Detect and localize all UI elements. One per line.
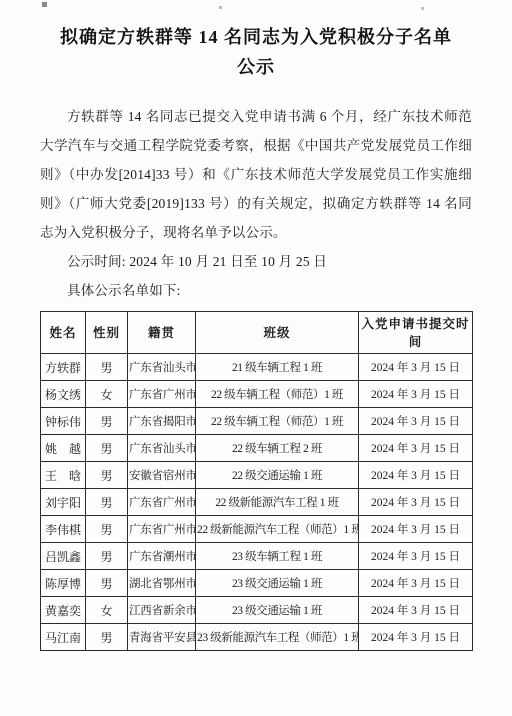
table-cell: 21 级车辆工程 1 班 xyxy=(196,354,359,381)
table-row: 黄嘉奕女江西省新余市23 级交通运输 1 班2024 年 3 月 15 日 xyxy=(41,597,473,624)
table-row: 钟标伟男广东省揭阳市22 级车辆工程（师范）1 班2024 年 3 月 15 日 xyxy=(41,408,473,435)
table-cell: 22 级新能源汽车工程 1 班 xyxy=(196,489,359,516)
table-row: 陈厚博男湖北省鄂州市23 级交通运输 1 班2024 年 3 月 15 日 xyxy=(41,570,473,597)
table-cell: 广东省汕头市 xyxy=(128,435,196,462)
table-cell: 江西省新余市 xyxy=(128,597,196,624)
table-cell: 2024 年 3 月 15 日 xyxy=(359,381,473,408)
table-cell: 男 xyxy=(86,516,128,543)
roster-table-body: 方轶群男广东省汕头市21 级车辆工程 1 班2024 年 3 月 15 日杨文绣… xyxy=(41,354,473,651)
table-cell: 方轶群 xyxy=(41,354,86,381)
table-cell: 2024 年 3 月 15 日 xyxy=(359,462,473,489)
table-cell: 黄嘉奕 xyxy=(41,597,86,624)
table-cell: 湖北省鄂州市 xyxy=(128,570,196,597)
table-cell: 女 xyxy=(86,597,128,624)
table-cell: 女 xyxy=(86,381,128,408)
table-cell: 男 xyxy=(86,435,128,462)
table-cell: 男 xyxy=(86,408,128,435)
table-cell: 2024 年 3 月 15 日 xyxy=(359,354,473,381)
table-cell: 广东省汕头市 xyxy=(128,354,196,381)
table-row: 姚 越男广东省汕头市22 级车辆工程 2 班2024 年 3 月 15 日 xyxy=(41,435,473,462)
table-cell: 男 xyxy=(86,354,128,381)
table-cell: 23 级交通运输 1 班 xyxy=(196,597,359,624)
table-cell: 23 级交通运输 1 班 xyxy=(196,570,359,597)
table-cell: 23 级车辆工程 1 班 xyxy=(196,543,359,570)
list-intro-line: 具体公示名单如下: xyxy=(40,276,472,305)
body-paragraph: 方轶群等 14 名同志已提交入党申请书满 6 个月，经广东技术师范大学汽车与交通… xyxy=(40,102,472,247)
table-cell: 李伟棋 xyxy=(41,516,86,543)
table-cell: 23 级新能源汽车工程（师范）1 班 xyxy=(196,624,359,651)
table-cell: 2024 年 3 月 15 日 xyxy=(359,489,473,516)
roster-table: 姓名性别籍贯班级入党申请书提交时间 方轶群男广东省汕头市21 级车辆工程 1 班… xyxy=(40,311,473,651)
table-cell: 2024 年 3 月 15 日 xyxy=(359,435,473,462)
header-row: 姓名性别籍贯班级入党申请书提交时间 xyxy=(41,312,473,354)
table-cell: 22 级车辆工程（师范）1 班 xyxy=(196,381,359,408)
table-cell: 男 xyxy=(86,462,128,489)
document-page: 拟确定方轶群等 14 名同志为入党积极分子名单 公示 方轶群等 14 名同志已提… xyxy=(0,0,512,716)
table-cell: 王 晗 xyxy=(41,462,86,489)
table-cell: 马江南 xyxy=(41,624,86,651)
table-cell: 2024 年 3 月 15 日 xyxy=(359,597,473,624)
table-cell: 男 xyxy=(86,570,128,597)
page-title-line1: 拟确定方轶群等 14 名同志为入党积极分子名单 xyxy=(40,22,472,52)
column-header: 班级 xyxy=(196,312,359,354)
table-cell: 22 级交通运输 1 班 xyxy=(196,462,359,489)
scan-artifacts xyxy=(40,2,41,3)
table-cell: 2024 年 3 月 15 日 xyxy=(359,624,473,651)
table-cell: 2024 年 3 月 15 日 xyxy=(359,516,473,543)
table-cell: 青海省平安县 xyxy=(128,624,196,651)
publicity-period-line: 公示时间: 2024 年 10 月 21 日至 10 月 25 日 xyxy=(40,247,472,276)
table-cell: 广东省揭阳市 xyxy=(128,408,196,435)
table-row: 刘宇阳男广东省广州市22 级新能源汽车工程 1 班2024 年 3 月 15 日 xyxy=(41,489,473,516)
page-title-line2: 公示 xyxy=(40,52,472,82)
table-cell: 广东省广州市 xyxy=(128,489,196,516)
table-cell: 22 级车辆工程 2 班 xyxy=(196,435,359,462)
roster-table-head: 姓名性别籍贯班级入党申请书提交时间 xyxy=(41,312,473,354)
table-cell: 姚 越 xyxy=(41,435,86,462)
table-cell: 22 级车辆工程（师范）1 班 xyxy=(196,408,359,435)
table-cell: 男 xyxy=(86,489,128,516)
table-cell: 2024 年 3 月 15 日 xyxy=(359,408,473,435)
table-cell: 吕凯鑫 xyxy=(41,543,86,570)
table-cell: 广东省广州市 xyxy=(128,381,196,408)
table-row: 马江南男青海省平安县23 级新能源汽车工程（师范）1 班2024 年 3 月 1… xyxy=(41,624,473,651)
column-header: 姓名 xyxy=(41,312,86,354)
table-cell: 男 xyxy=(86,624,128,651)
table-row: 李伟棋男广东省广州市22 级新能源汽车工程（师范）1 班2024 年 3 月 1… xyxy=(41,516,473,543)
table-cell: 刘宇阳 xyxy=(41,489,86,516)
table-cell: 2024 年 3 月 15 日 xyxy=(359,570,473,597)
table-cell: 22 级新能源汽车工程（师范）1 班 xyxy=(196,516,359,543)
page-title: 拟确定方轶群等 14 名同志为入党积极分子名单 公示 xyxy=(40,22,472,82)
table-cell: 陈厚博 xyxy=(41,570,86,597)
table-cell: 钟标伟 xyxy=(41,408,86,435)
column-header: 性别 xyxy=(86,312,128,354)
table-cell: 杨文绣 xyxy=(41,381,86,408)
table-cell: 广东省广州市 xyxy=(128,516,196,543)
table-cell: 男 xyxy=(86,543,128,570)
column-header: 籍贯 xyxy=(128,312,196,354)
table-cell: 广东省潮州市 xyxy=(128,543,196,570)
table-cell: 2024 年 3 月 15 日 xyxy=(359,543,473,570)
table-cell: 安徽省宿州市 xyxy=(128,462,196,489)
table-row: 方轶群男广东省汕头市21 级车辆工程 1 班2024 年 3 月 15 日 xyxy=(41,354,473,381)
table-row: 杨文绣女广东省广州市22 级车辆工程（师范）1 班2024 年 3 月 15 日 xyxy=(41,381,473,408)
table-row: 王 晗男安徽省宿州市22 级交通运输 1 班2024 年 3 月 15 日 xyxy=(41,462,473,489)
column-header: 入党申请书提交时间 xyxy=(359,312,473,354)
table-row: 吕凯鑫男广东省潮州市23 级车辆工程 1 班2024 年 3 月 15 日 xyxy=(41,543,473,570)
